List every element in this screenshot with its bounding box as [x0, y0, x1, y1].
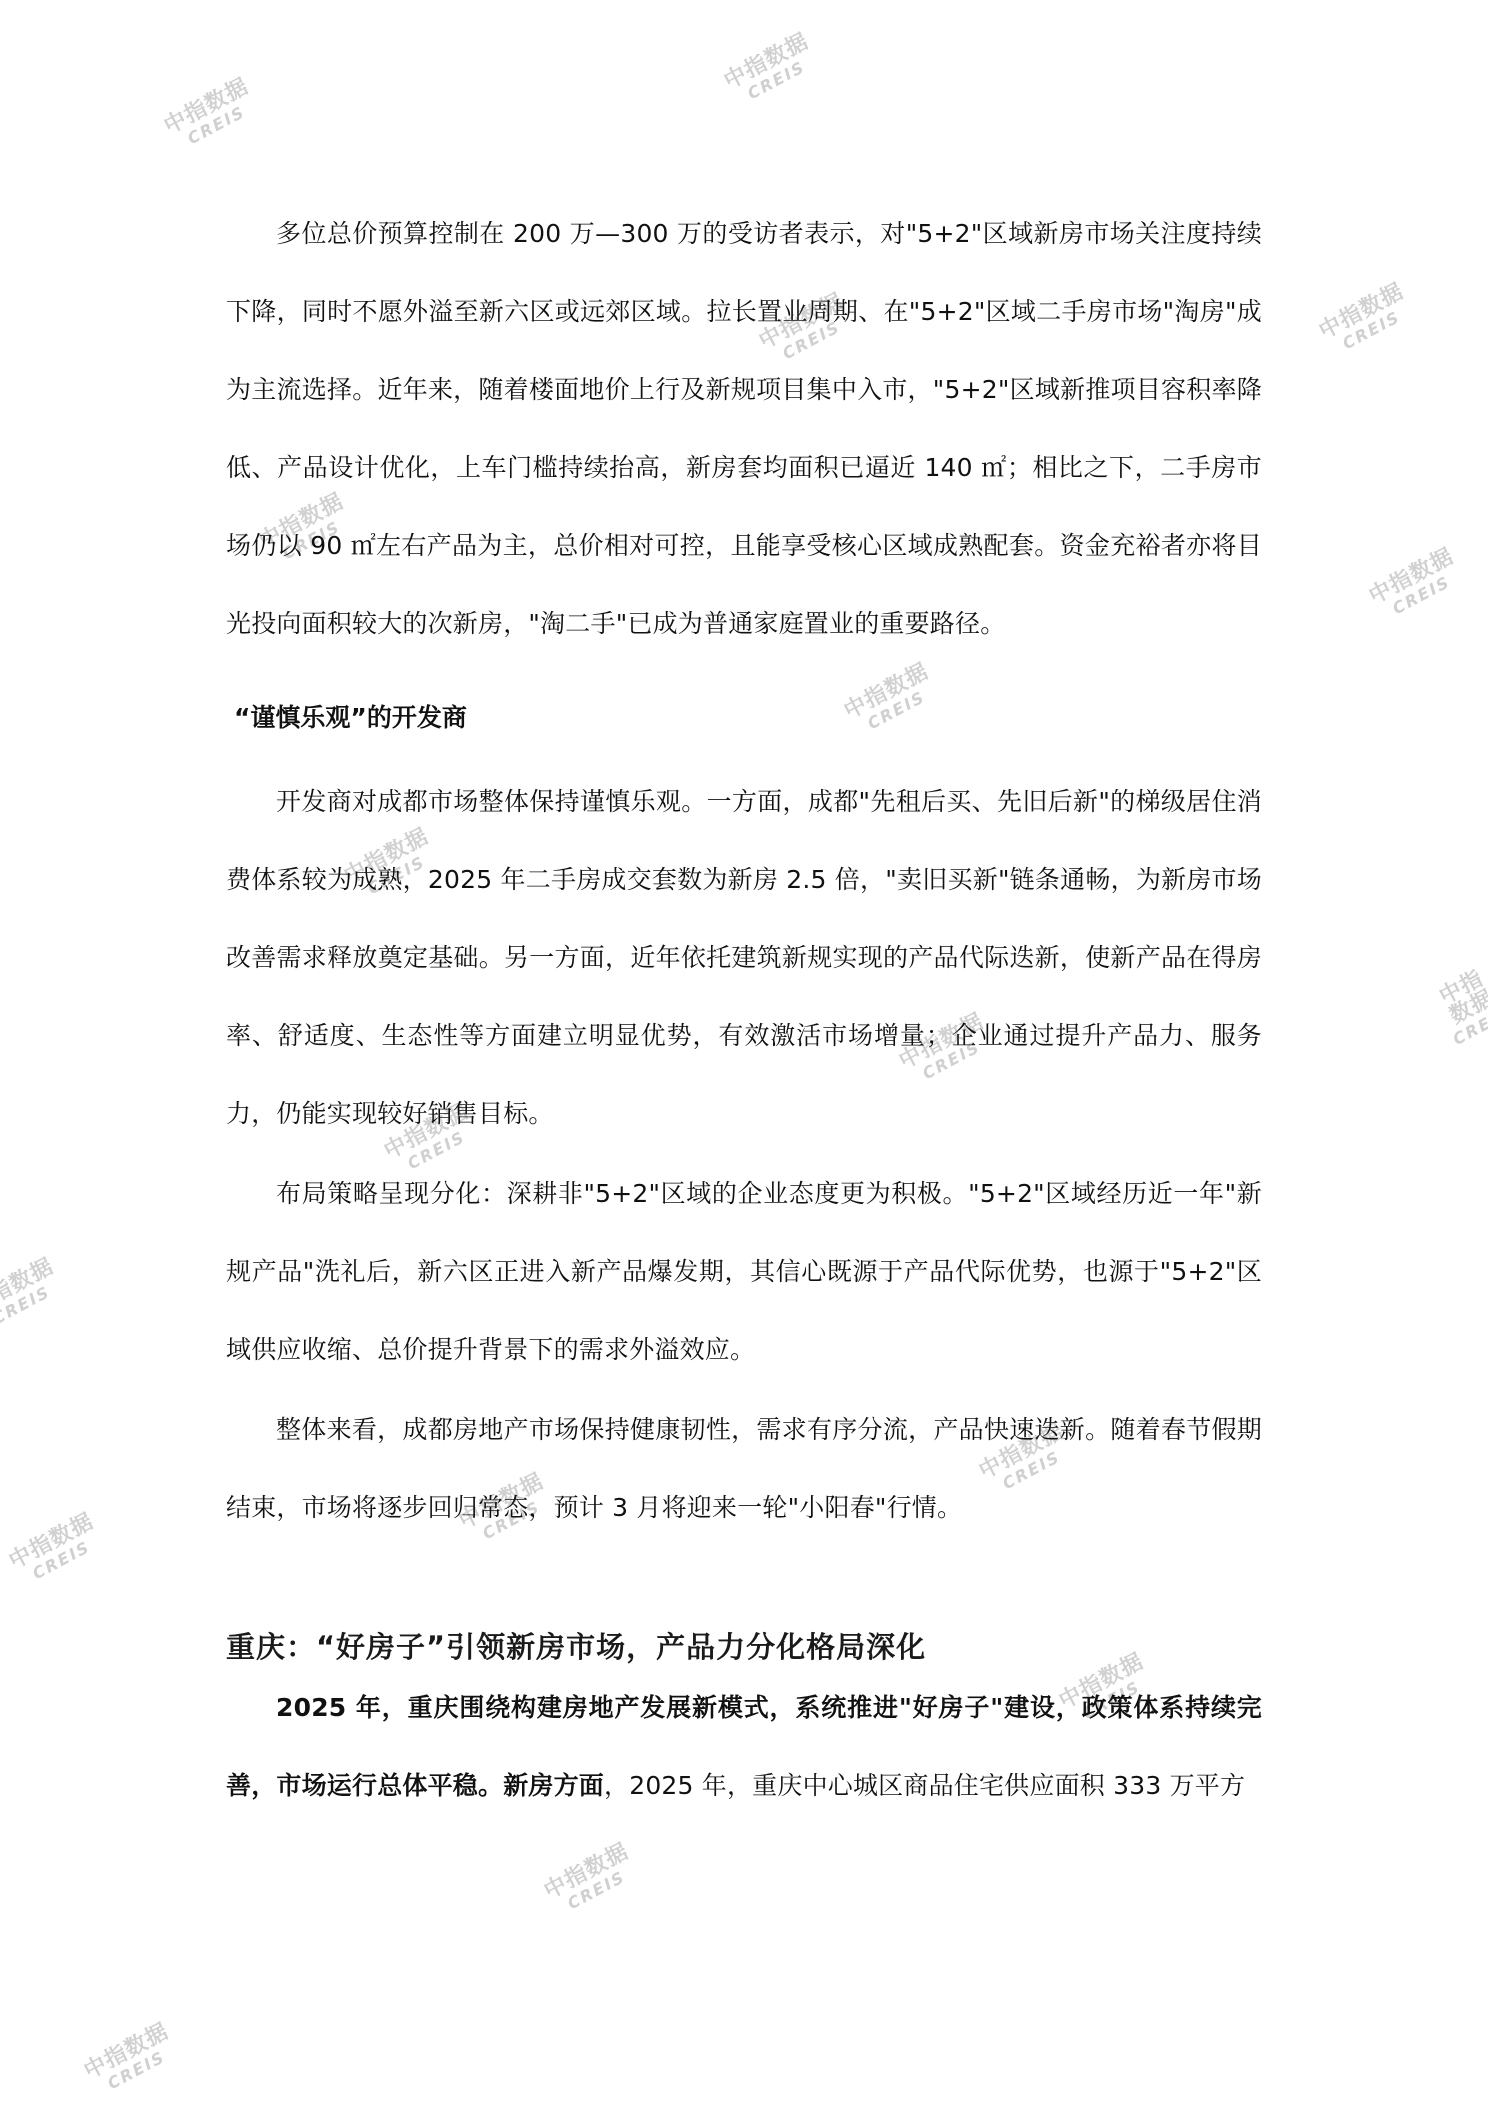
- paragraph-overall-outlook: 整体来看，成都房地产市场保持健康韧性，需求有序分流，产品快速迭新。随着春节假期结…: [226, 1391, 1262, 1547]
- chongqing-intro-bold-2: 新房方面: [503, 1771, 604, 1800]
- section-title-chongqing: 重庆：“好房子”引领新房市场，产品力分化格局深化: [226, 1617, 1262, 1677]
- watermark: 中指数据CREIS: [81, 2021, 181, 2100]
- watermark: 中指数据CREIS: [161, 76, 261, 155]
- subheading-developers: “谨慎乐观”的开发商: [226, 679, 1262, 757]
- paragraph-developers-outlook: 开发商对成都市场整体保持谨慎乐观。一方面，成都"先租后买、先旧后新"的梯级居住消…: [226, 763, 1262, 1153]
- chongqing-intro-text: ，2025 年，重庆中心城区商品住宅供应面积 333 万平方: [604, 1771, 1245, 1800]
- watermark: 中指数据CREIS: [6, 1511, 106, 1590]
- watermark: 中指数据CREIS: [541, 1841, 641, 1920]
- watermark: 中指数据CREIS: [1429, 964, 1488, 1048]
- document-page: 中指数据CREIS 中指数据CREIS 中指数据CREIS 中指数据CREIS …: [0, 0, 1488, 2104]
- article-body: 多位总价预算控制在 200 万—300 万的受访者表示，对"5+2"区域新房市场…: [226, 195, 1262, 1825]
- paragraph-chengdu-buyers: 多位总价预算控制在 200 万—300 万的受访者表示，对"5+2"区域新房市场…: [226, 195, 1262, 663]
- watermark: 中指数据CREIS: [1316, 281, 1416, 360]
- watermark: 中指数据CREIS: [721, 31, 821, 110]
- watermark: 中指数据CREIS: [1366, 546, 1466, 625]
- paragraph-layout-strategy: 布局策略呈现分化：深耕非"5+2"区域的企业态度更为积极。"5+2"区域经历近一…: [226, 1155, 1262, 1389]
- watermark: 中指数据CREIS: [0, 1256, 66, 1335]
- paragraph-chongqing-intro: 2025 年，重庆围绕构建房地产发展新模式，系统推进"好房子"建设，政策体系持续…: [226, 1669, 1262, 1825]
